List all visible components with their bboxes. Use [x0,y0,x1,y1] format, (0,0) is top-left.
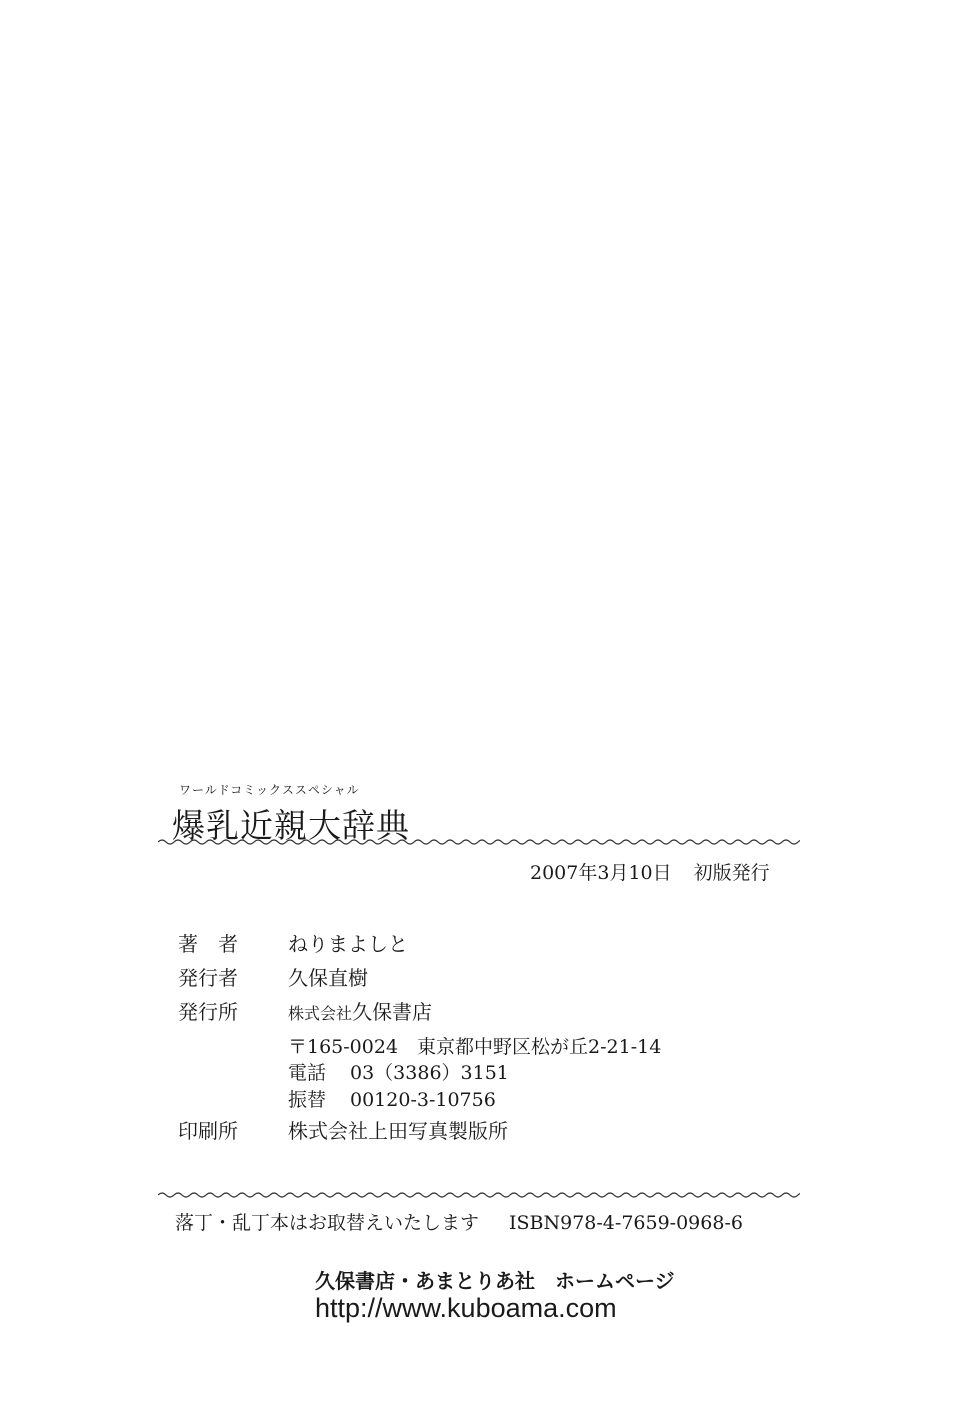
publisher-label: 発行所 [178,996,288,1025]
series-name: ワールドコミックススペシャル [179,781,360,798]
ornamental-divider-top [158,838,800,846]
postal-address: 〒165-0024 東京都中野区松が丘2-21-14 [288,1032,661,1059]
publisher-person-label: 発行者 [178,962,288,991]
isbn: ISBN978-4-7659-0968-6 [509,1212,743,1234]
edition: 初版発行 [694,862,770,884]
publication-date: 2007年3月10日 [530,862,672,884]
phone-number: 03（3386）3151 [350,1062,509,1084]
author-name: ねりまよしと [288,928,408,957]
publication-date-line: 2007年3月10日初版発行 [530,858,770,885]
printer-name: 株式会社上田写真製版所 [288,1115,508,1144]
printer-row: 印刷所株式会社上田写真製版所 [178,1115,508,1144]
transfer-number: 00120-3-10756 [350,1089,496,1111]
transfer-label: 振替 [288,1085,350,1112]
ornamental-divider-bottom [158,1191,800,1199]
publisher-person-name: 久保直樹 [288,962,368,991]
footer-notice-line: 落丁・乱丁本はお取替えいたしますISBN978-4-7659-0968-6 [175,1208,743,1235]
homepage-url[interactable]: http://www.kuboama.com [315,1293,617,1324]
transfer-row: 振替00120-3-10756 [288,1085,496,1112]
publisher-name: 久保書店 [352,996,432,1025]
printer-label: 印刷所 [178,1115,288,1144]
publisher-row: 発行所株式会社久保書店 [178,996,432,1025]
replacement-notice: 落丁・乱丁本はお取替えいたします [175,1212,479,1234]
publisher-prefix: 株式会社 [288,1001,352,1024]
phone-label: 電話 [288,1058,350,1085]
author-row: 著 者ねりまよしと [178,928,408,957]
author-label: 著 者 [178,928,288,957]
homepage-label: 久保書店・あまとりあ社 ホームページ [315,1265,675,1294]
phone-row: 電話03（3386）3151 [288,1058,509,1085]
publisher-person-row: 発行者久保直樹 [178,962,368,991]
